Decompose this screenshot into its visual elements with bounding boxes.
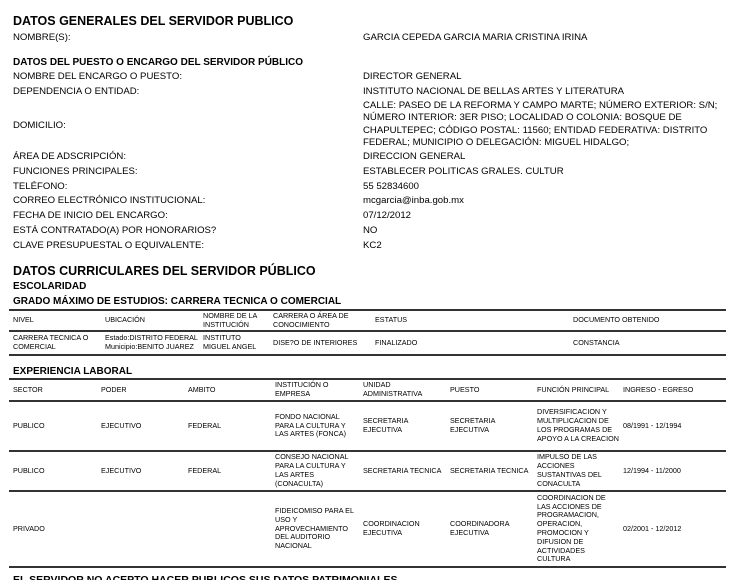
col-header-institucion: NOMBRE DE LA INSTITUCIÓN: [199, 310, 269, 331]
cell-ingreso-egreso: 08/1991 - 12/1994: [619, 401, 726, 451]
name-label: NOMBRE(S):: [13, 32, 71, 43]
cell-unidad-administrativa: SECRETARIA EJECUTIVA: [359, 401, 446, 451]
cell-nivel: CARRERA TECNICA O COMERCIAL: [9, 331, 101, 355]
col-header-poder: PODER: [97, 379, 184, 401]
escolaridad-table: NIVEL UBICACIÓN NOMBRE DE LA INSTITUCIÓN…: [9, 309, 726, 356]
name-value: GARCIA CEPEDA GARCIA MARIA CRISTINA IRIN…: [363, 32, 587, 43]
field-label-area: ÁREA DE ADSCRIPCIÓN:: [13, 151, 126, 162]
field-label-dependencia: DEPENDENCIA O ENTIDAD:: [13, 86, 139, 97]
cell-sector: PUBLICO: [9, 451, 97, 491]
col-header-ingreso-egreso: INGRESO - EGRESO: [619, 379, 726, 401]
cell-ambito: FEDERAL: [184, 401, 271, 451]
col-header-ubicacion: UBICACIÓN: [101, 310, 199, 331]
col-header-sector: SECTOR: [9, 379, 97, 401]
col-header-institucion-empresa: INSTITUCIÓN O EMPRESA: [271, 379, 359, 401]
cell-puesto: SECRETARIA EJECUTIVA: [446, 401, 533, 451]
field-label-encargo: NOMBRE DEL ENCARGO O PUESTO:: [13, 71, 182, 82]
field-value-correo[interactable]: mcgarcia@inba.gob.mx: [363, 195, 464, 206]
col-header-documento: DOCUMENTO OBTENIDO: [569, 310, 726, 331]
field-label-fecha-inicio: FECHA DE INICIO DEL ENCARGO:: [13, 210, 168, 221]
cell-puesto: COORDINADORA EJECUTIVA: [446, 491, 533, 567]
cell-sector: PUBLICO: [9, 401, 97, 451]
cell-institucion-empresa: FIDEICOMISO PARA EL USO Y APROVECHAMIENT…: [271, 491, 359, 567]
cell-institucion: INSTITUTO MIGUEL ANGEL: [199, 331, 269, 355]
cell-estatus: FINALIZADO: [371, 331, 569, 355]
cell-funcion-principal: COORDINACION DE LAS ACCIONES DE PROGRAMA…: [533, 491, 619, 567]
table-row: CARRERA TECNICA O COMERCIAL Estado:DISTR…: [9, 331, 726, 355]
cell-ambito: [184, 491, 271, 567]
col-header-estatus: ESTATUS: [371, 310, 569, 331]
field-label-telefono: TELÉFONO:: [13, 181, 67, 192]
field-label-clave: CLAVE PRESUPUESTAL O EQUIVALENTE:: [13, 240, 204, 251]
cell-poder: EJECUTIVO: [97, 401, 184, 451]
escolaridad-header-row: NIVEL UBICACIÓN NOMBRE DE LA INSTITUCIÓN…: [9, 310, 726, 331]
experiencia-header-row: SECTOR PODER AMBITO INSTITUCIÓN O EMPRES…: [9, 379, 726, 401]
table-row: PRIVADO FIDEICOMISO PARA EL USO Y APROVE…: [9, 491, 726, 567]
field-label-correo: CORREO ELECTRÓNICO INSTITUCIONAL:: [13, 195, 205, 206]
cell-poder: [97, 491, 184, 567]
cell-unidad-administrativa: SECRETARIA TECNICA: [359, 451, 446, 491]
cell-institucion-empresa: FONDO NACIONAL PARA LA CULTURA Y LAS ART…: [271, 401, 359, 451]
field-value-dependencia: INSTITUTO NACIONAL DE BELLAS ARTES Y LIT…: [363, 86, 624, 97]
cell-poder: EJECUTIVO: [97, 451, 184, 491]
field-value-funciones: ESTABLECER POLITICAS GRALES. CULTUR: [363, 166, 564, 177]
section-title-general: DATOS GENERALES DEL SERVIDOR PUBLICO: [13, 14, 293, 28]
col-header-funcion-principal: FUNCIÓN PRINCIPAL: [533, 379, 619, 401]
cell-ubicacion: Estado:DISTRITO FEDERAL Municipio:BENITO…: [101, 331, 199, 355]
table-row: PUBLICO EJECUTIVO FEDERAL FONDO NACIONAL…: [9, 401, 726, 451]
col-header-carrera: CARRERA O ÁREA DE CONOCIMIENTO: [269, 310, 371, 331]
col-header-unidad-administrativa: UNIDAD ADMINISTRATIVA: [359, 379, 446, 401]
cell-ingreso-egreso: 12/1994 - 11/2000: [619, 451, 726, 491]
escolaridad-title: ESCOLARIDAD: [13, 281, 86, 292]
col-header-nivel: NIVEL: [9, 310, 101, 331]
cell-funcion-principal: IMPULSO DE LAS ACCIONES SUSTANTIVAS DEL …: [533, 451, 619, 491]
section-title-puesto: DATOS DEL PUESTO O ENCARGO DEL SERVIDOR …: [13, 57, 303, 68]
col-header-ambito: AMBITO: [184, 379, 271, 401]
field-value-telefono: 55 52834600: [363, 181, 419, 192]
cell-ambito: FEDERAL: [184, 451, 271, 491]
experiencia-title: EXPERIENCIA LABORAL: [13, 366, 132, 377]
cell-carrera: DISE?O DE INTERIORES: [269, 331, 371, 355]
cell-institucion-empresa: CONSEJO NACIONAL PARA LA CULTURA Y LAS A…: [271, 451, 359, 491]
col-header-puesto: PUESTO: [446, 379, 533, 401]
cell-unidad-administrativa: COORDINACION EJECUTIVA: [359, 491, 446, 567]
field-value-honorarios: NO: [363, 225, 377, 236]
field-value-domicilio: CALLE: PASEO DE LA REFORMA Y CAMPO MARTE…: [363, 100, 723, 149]
cell-funcion-principal: DIVERSIFICACION Y MULTIPLICACION DE LOS …: [533, 401, 619, 451]
patrimonial-notice: EL SERVIDOR NO ACEPTO HACER PUBLICOS SUS…: [13, 574, 397, 580]
cell-documento: CONSTANCIA: [569, 331, 726, 355]
cell-puesto: SECRETARIA TECNICA: [446, 451, 533, 491]
field-value-clave: KC2: [363, 240, 382, 251]
field-value-encargo: DIRECTOR GENERAL: [363, 71, 461, 82]
table-row: PUBLICO EJECUTIVO FEDERAL CONSEJO NACION…: [9, 451, 726, 491]
field-value-fecha-inicio: 07/12/2012: [363, 210, 411, 221]
grado-maximo-title: GRADO MÁXIMO DE ESTUDIOS: CARRERA TECNIC…: [13, 296, 341, 307]
field-label-funciones: FUNCIONES PRINCIPALES:: [13, 166, 138, 177]
experiencia-table: SECTOR PODER AMBITO INSTITUCIÓN O EMPRES…: [9, 378, 726, 568]
cell-ingreso-egreso: 02/2001 - 12/2012: [619, 491, 726, 567]
cell-sector: PRIVADO: [9, 491, 97, 567]
field-label-domicilio: DOMICILIO:: [13, 120, 66, 131]
field-value-area: DIRECCION GENERAL: [363, 151, 465, 162]
field-label-honorarios: ESTÁ CONTRATADO(A) POR HONORARIOS?: [13, 225, 216, 236]
section-title-curricular: DATOS CURRICULARES DEL SERVIDOR PÚBLICO: [13, 264, 316, 278]
